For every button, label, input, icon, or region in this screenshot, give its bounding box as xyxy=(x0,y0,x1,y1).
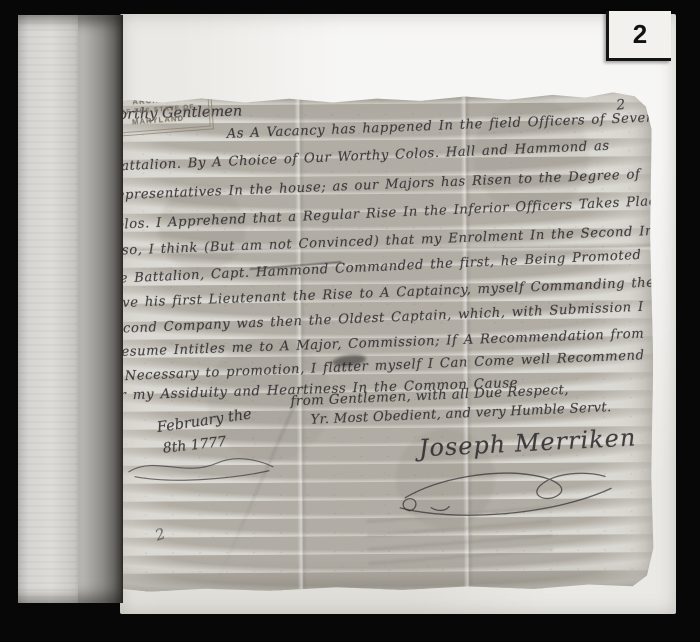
pencil-page-number: 2 xyxy=(153,524,168,544)
page-number-card: 2 xyxy=(606,11,671,61)
book-page-edge-strip xyxy=(18,15,78,603)
signature-flourish xyxy=(397,462,615,522)
date-flourish xyxy=(125,451,277,484)
signature: Joseph Merriken xyxy=(418,423,637,462)
letter-document: Worthy Gentlemen As A Vacancy has happen… xyxy=(102,84,655,592)
body-line: As A Vacancy has happened In the field O… xyxy=(226,110,662,142)
inked-page-number: 2 xyxy=(616,97,627,114)
page-number: 2 xyxy=(633,19,647,50)
date-line: February the xyxy=(156,406,253,436)
body-line: Battalion. By A Choice of Our Worthy Col… xyxy=(111,139,610,175)
book-gutter-shadow xyxy=(78,15,123,603)
